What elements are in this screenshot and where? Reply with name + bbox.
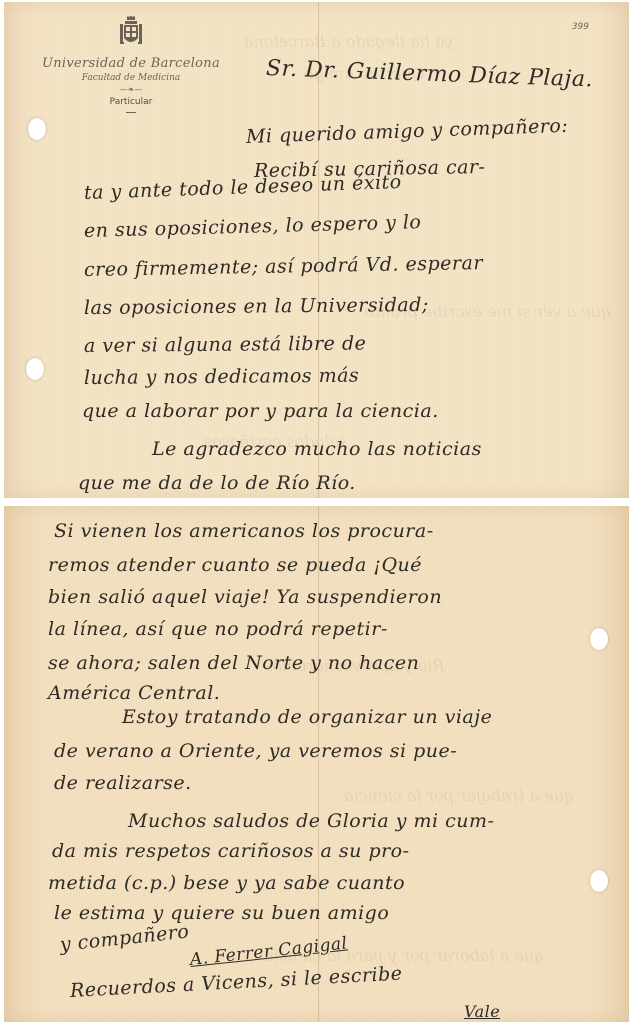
letterhead-faculty: Facultad de Medicina (36, 73, 226, 83)
bleed-through-text: que a trabajar por la ciencia (344, 786, 574, 805)
letter-line: que a laborar por y para la ciencia. (82, 400, 439, 422)
page-gap (0, 498, 633, 506)
letter-line: Mi querido amigo y compañero: (246, 115, 569, 148)
addressee-line: Sr. Dr. Guillermo Díaz Plaja. (266, 56, 594, 92)
letter-line: remos atender cuanto se pueda ¡Qué (48, 554, 422, 576)
letter-line: Si vienen los americanos los procura- (54, 520, 434, 542)
letter-line: en sus oposiciones, lo espero y lo (84, 211, 422, 242)
letter-line: las oposiciones en la Universidad; (84, 294, 429, 319)
letter-line: y compañero (59, 920, 190, 955)
letter-page-1: ya ha llegado a Barcelona Querido amigo … (4, 2, 629, 498)
letter-line: a ver si alguna está libre de (84, 333, 367, 357)
closing-vale: Vale (464, 1002, 500, 1021)
letter-line: Muchos saludos de Gloria y mi cum- (128, 810, 494, 832)
letterhead-label: Particular (36, 97, 226, 107)
punch-hole (26, 358, 44, 380)
letterhead-rule (126, 112, 136, 113)
letter-line: de realizarse. (54, 772, 192, 794)
letter-line: Estoy tratando de organizar un viaje (122, 706, 492, 728)
letter-line: la línea, así que no podrá repetir- (48, 618, 388, 640)
letter-line: se ahora; salen del Norte y no hacen (48, 652, 419, 674)
letter-line: creo firmemente; así podrá Vd. esperar (84, 252, 483, 281)
letter-line: metida (c.p.) bese y ya sabe cuanto (48, 872, 405, 894)
punch-hole (28, 118, 46, 140)
letter-line: ta y ante todo le deseo un éxito (84, 171, 402, 204)
letter-line: da mis respetos cariñosos a su pro- (52, 840, 410, 862)
letterhead-university: Universidad de Barcelona (36, 56, 226, 71)
letter-line: de verano a Oriente, ya veremos si pue- (54, 740, 457, 762)
letter-line: que me da de lo de Río Río. (78, 472, 356, 494)
letter-line: bien salió aquel viaje! Ya suspendieron (48, 586, 442, 608)
postscript: Recuerdos a Vicens, si le escribe (69, 963, 403, 1002)
bleed-through-text: ya ha llegado a Barcelona (244, 32, 454, 51)
letter-line: lucha y nos dedicamos más (84, 365, 359, 389)
letter-line: le estima y quiere su buen amigo (54, 902, 389, 924)
letterhead: Universidad de Barcelona Facultad de Med… (36, 16, 226, 113)
letter-line: América Central. (48, 682, 220, 704)
spanish-coat-of-arms-icon (118, 16, 144, 50)
punch-hole (590, 628, 608, 650)
archive-number: 399 (572, 22, 589, 32)
letterhead-ornament: —❧— (36, 85, 226, 94)
letter-page-2: Rio y aprovecharemos que a trabajar por … (4, 506, 629, 1022)
punch-hole (590, 870, 608, 892)
letter-line: Le agradezco mucho las noticias (152, 438, 482, 460)
